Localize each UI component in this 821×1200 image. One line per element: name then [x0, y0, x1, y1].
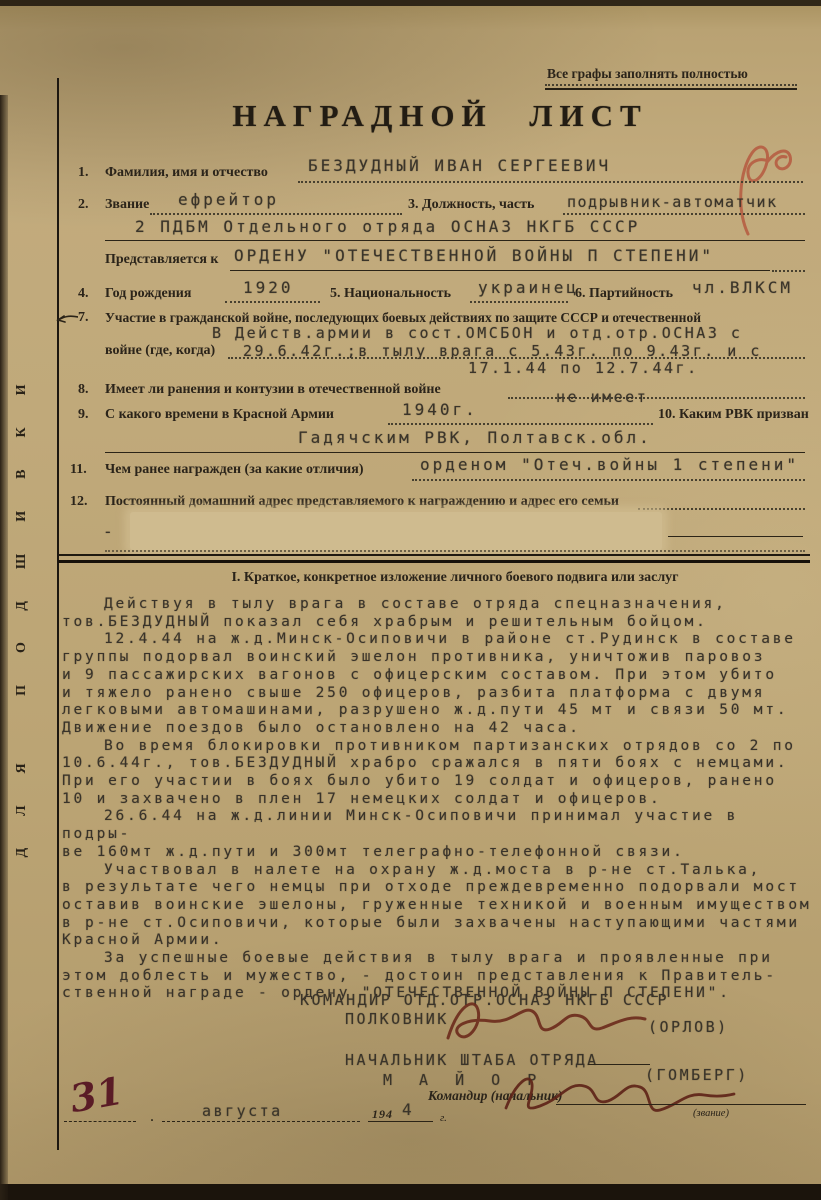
field1-line: [298, 181, 803, 183]
field9-value: 1940г.: [402, 400, 478, 419]
red-pencil-mark: [732, 138, 804, 238]
rank-caption: (звание): [693, 1108, 729, 1119]
field12-value-dash: -: [103, 522, 116, 541]
redacted-address-area: [130, 512, 662, 550]
scan-edge-top: [0, 0, 821, 6]
field6-label: 6. Партийность: [575, 286, 673, 302]
fill-all-fields-note: Все графы заполнять полностью: [547, 66, 748, 82]
field4-number: 4.: [78, 286, 89, 302]
field3-value: подрывник-автоматчик: [567, 193, 778, 211]
body-paragraph: 12.4.44 на ж.д.Минск-Осиповичи в районе …: [62, 631, 812, 737]
unit-line-rule: [105, 240, 805, 241]
orlov-signature: [440, 988, 655, 1050]
field10-rule: [105, 452, 805, 453]
field11-number: 11.: [70, 462, 87, 478]
date-month-line: [162, 1121, 360, 1122]
field3-label: 3. Должность, часть: [408, 197, 534, 213]
field4-line: [225, 301, 320, 303]
field1-value: БЕЗДУДНЫЙ ИВАН СЕРГЕЕВИЧ: [308, 156, 611, 175]
field10-label: 10. Каким РВК призван: [658, 407, 809, 423]
chief-signature-line: [556, 1104, 806, 1105]
field11-value: орденом "Отеч.войны 1 степени": [420, 455, 799, 474]
field3-line: [563, 213, 805, 215]
field12-label: Постоянный домашний адрес представляемог…: [105, 494, 619, 510]
field7-label-line2: войне (где, когда): [105, 343, 215, 359]
field2-value: ефрейтор: [178, 190, 279, 209]
section-title: I. Краткое, конкретное изложение личного…: [105, 570, 805, 586]
field1-number: 1.: [78, 165, 89, 181]
date-day-line: [64, 1121, 136, 1122]
field7-typed-line3: 17.1.44 по 12.7.44г.: [468, 359, 699, 377]
citation-body: Действуя в тылу врага в составе отряда с…: [62, 596, 812, 1003]
field10-value: Гадячским РВК, Полтавск.обл.: [298, 428, 652, 447]
body-paragraph: 26.6.44 на ж.д.линии Минск-Осиповичи при…: [62, 808, 812, 861]
note-underline-dotted: [545, 84, 797, 86]
presented-rule: [230, 270, 770, 271]
field12-line1: [638, 508, 805, 510]
handwritten-day: 31: [66, 1068, 126, 1122]
field8-line: [508, 397, 805, 399]
field2-label: Звание: [105, 197, 149, 213]
handwritten-arrow-icon: [56, 313, 78, 325]
field5-value: украинец: [478, 278, 579, 297]
field5-label: 5. Национальность: [330, 286, 451, 302]
field8-number: 8.: [78, 382, 89, 398]
field12-number: 12.: [70, 494, 88, 510]
scan-edge-bottom: [0, 1184, 821, 1200]
field2-line: [150, 213, 402, 215]
field7-number: 7.: [78, 310, 89, 326]
field6-value: чл.ВЛКСМ: [692, 278, 793, 297]
body-paragraph: Действуя в тылу врага в составе отряда с…: [62, 596, 812, 631]
section-divider-rule: [58, 554, 810, 563]
field8-label: Имеет ли ранения и контузии в отечествен…: [105, 382, 441, 398]
field1-label: Фамилия, имя и отчество: [105, 165, 268, 181]
field9-label: С какого времени в Красной Армии: [105, 407, 334, 423]
field7-typed-line1: В Действ.армии в сост.ОМСБОН и отд.отр.О…: [212, 324, 742, 342]
field11-label: Чем ранее награжден (за какие отличия): [105, 462, 363, 478]
date-year-suffix: г.: [440, 1112, 447, 1124]
note-underline-solid: [545, 88, 797, 90]
presented-value: ОРДЕНУ "ОТЕЧЕСТВЕННОЙ ВОЙНЫ П СТЕПЕНИ": [234, 246, 714, 265]
field4-label: Год рождения: [105, 286, 191, 302]
presented-rule-end: [772, 270, 805, 272]
field12-line3: [105, 550, 805, 552]
field12-line2: [668, 536, 803, 537]
field2-number: 2.: [78, 197, 89, 213]
presented-label: Представляется к: [105, 252, 218, 268]
field11-line: [412, 479, 805, 481]
field5-line: [470, 301, 568, 303]
award-sheet-document: ДЛЯ ПОДШИВКИ Все графы заполнять полност…: [0, 0, 821, 1200]
commander-name: (ОРЛОВ): [648, 1018, 729, 1036]
filing-margin-vertical-label: ДЛЯ ПОДШИВКИ: [14, 325, 30, 885]
field8-value: не имеет: [556, 388, 648, 406]
unit-line-value: 2 ПДБМ Отдельного отряда ОСНАЗ НКГБ СССР: [135, 217, 640, 236]
field4-value: 1920: [243, 278, 294, 297]
field9-line: [388, 423, 653, 425]
commander-rank: ПОЛКОВНИК: [345, 1010, 449, 1028]
date-year-line: [368, 1121, 433, 1122]
body-paragraph: Участвовал в налете на охрану ж.д.моста …: [62, 862, 812, 951]
date-year-digit: 4: [402, 1100, 415, 1119]
body-paragraph: Во время блокировки противником партизан…: [62, 738, 812, 809]
margin-rule: [57, 78, 59, 1150]
date-dot: .: [150, 1108, 154, 1126]
date-year-printed: 194: [372, 1107, 393, 1122]
scan-edge-left: [0, 95, 8, 1200]
date-month: августа: [202, 1102, 283, 1120]
field9-number: 9.: [78, 407, 89, 423]
page-title: НАГРАДНОЙ ЛИСТ: [225, 98, 655, 134]
